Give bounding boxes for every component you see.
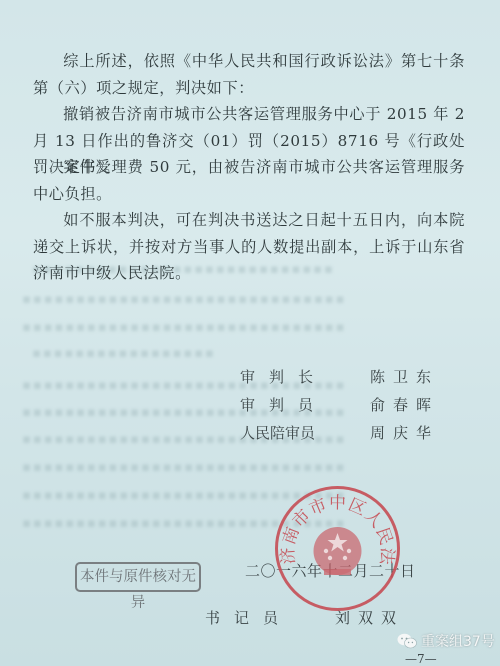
bleed-through-text: ▪▪▪▪▪▪▪▪▪▪▪▪▪▪▪▪▪▪▪▪▪▪▪▪▪▪▪▪▪▪	[20, 320, 344, 335]
signature-title: 人民陪审员	[240, 422, 370, 443]
signature-clerk: 书记员 刘双双	[205, 607, 404, 628]
document-page: ▪▪▪▪▪▪▪▪▪▪▪▪▪▪▪▪▪▪▪▪▪▪▪▪▪▪▪▪ ▪▪▪▪▪▪▪▪▪▪▪…	[0, 0, 500, 666]
signature-title: 书记员	[205, 607, 335, 628]
page-number: —7—	[405, 652, 437, 666]
judgment-basis-paragraph: 综上所述，依照《中华人民共和国行政诉讼法》第七十条第（六）项之规定，判决如下：	[33, 48, 465, 101]
signature-name: 周庆华	[370, 422, 439, 443]
signature-title: 审判员	[240, 394, 370, 415]
signature-name: 陈卫东	[370, 366, 439, 387]
signature-name: 刘双双	[335, 607, 404, 628]
court-seal: 济南市市中区人民法院	[275, 486, 400, 611]
bleed-through-text: ▪▪▪▪▪▪▪▪▪▪▪▪▪▪▪▪▪▪▪▪▪▪▪▪▪▪▪▪▪▪	[20, 292, 344, 307]
appeal-notice-paragraph: 如不服本判决，可在判决书送达之日起十五日内，向本院递交上诉状，并按对方当事人的人…	[33, 207, 465, 287]
case-fee-paragraph: 案件受理费 50 元，由被告济南市城市公共客运管理服务中心负担。	[33, 154, 465, 207]
wechat-icon	[397, 633, 417, 649]
watermark-text: 重案组37号	[421, 631, 495, 651]
bleed-through-text: ▪▪▪▪▪▪▪▪▪▪▪▪▪▪▪▪▪	[30, 346, 214, 361]
signature-judge: 审判员 俞春晖	[240, 394, 439, 415]
national-emblem-icon: 济南市市中区人民法院	[278, 489, 397, 608]
signature-title: 审判长	[240, 366, 370, 387]
signature-presiding-judge: 审判长 陈卫东	[240, 366, 439, 387]
signature-people-assessor: 人民陪审员 周庆华	[240, 422, 439, 443]
paragraph-text: 如不服本判决，可在判决书送达之日起十五日内，向本院递交上诉状，并按对方当事人的人…	[33, 211, 465, 282]
paragraph-text: 案件受理费 50 元，由被告济南市城市公共客运管理服务中心负担。	[33, 158, 465, 203]
signature-name: 俞春晖	[370, 394, 439, 415]
paragraph-text: 综上所述，依照《中华人民共和国行政诉讼法》第七十条第（六）项之规定，判决如下：	[33, 52, 465, 97]
bleed-through-text: ▪▪▪▪▪▪▪▪▪▪▪▪▪▪▪▪▪▪▪▪▪▪▪▪▪▪▪▪▪▪	[20, 460, 344, 475]
wechat-watermark: 重案组37号	[397, 631, 495, 651]
certification-stamp: 本件与原件核对无异	[75, 562, 201, 592]
